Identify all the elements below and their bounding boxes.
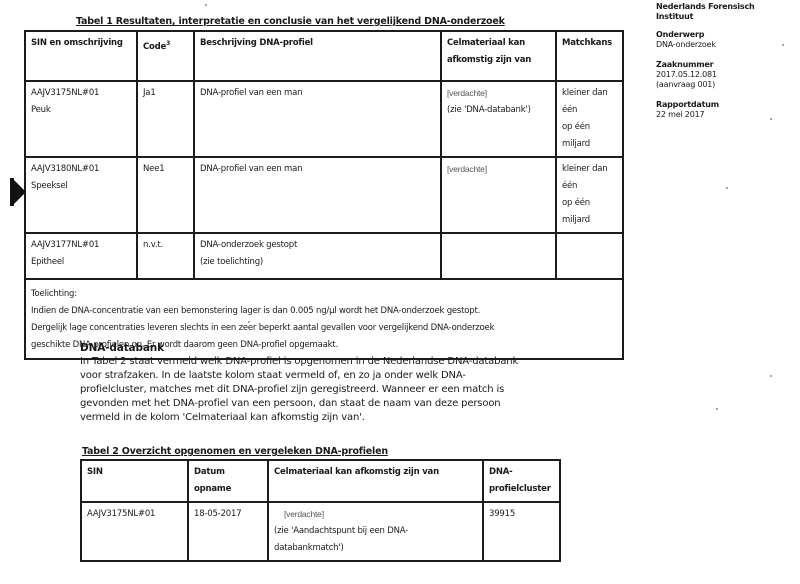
matchkans-cell: kleiner dan éénop één miljard bbox=[556, 157, 623, 233]
institute-name-line2: Instituut bbox=[656, 12, 800, 22]
profile-cell: DNA-profiel van een man bbox=[194, 157, 441, 233]
code-cell: Ja1 bbox=[137, 81, 194, 157]
databank-line: profielcluster, matches met dit DNA-prof… bbox=[80, 383, 640, 397]
sin-cell: AAJV3175NL#01 bbox=[81, 502, 188, 561]
report-sidebar: Nederlands Forensisch Instituut Onderwer… bbox=[656, 2, 800, 120]
origin-cell: [verdachte](zie 'Aandachtspunt bij een D… bbox=[268, 502, 483, 561]
table-row: AAJV3177NL#01Epitheel n.v.t. DNA-onderzo… bbox=[25, 233, 623, 279]
date-cell: 18-05-2017 bbox=[188, 502, 268, 561]
report-date-label: Rapportdatum bbox=[656, 100, 800, 110]
databank-section: DNA-databank In Tabel 2 staat vermeld we… bbox=[80, 341, 640, 425]
redacted-stamp: [verdachte] bbox=[447, 161, 550, 178]
case-number-label: Zaaknummer bbox=[656, 60, 800, 70]
header-matchkans: Matchkans bbox=[556, 31, 623, 81]
table-row: AAJV3180NL#01Speeksel Nee1 DNA-profiel v… bbox=[25, 157, 623, 233]
header-profile: Beschrijving DNA-profiel bbox=[194, 31, 441, 81]
redacted-stamp: [verdachte] bbox=[447, 85, 550, 102]
header-sin: SIN en omschrijving bbox=[25, 31, 137, 81]
profile-cell: DNA-profiel van een man bbox=[194, 81, 441, 157]
cluster-cell: 39915 bbox=[483, 502, 560, 561]
scan-speck bbox=[726, 187, 728, 189]
table2-caption: Tabel 2 Overzicht opgenomen en vergeleke… bbox=[82, 446, 388, 457]
table-row: AAJV3175NL#01Peuk Ja1 DNA-profiel van ee… bbox=[25, 81, 623, 157]
header-origin: Celmateriaal kan afkomstig zijn van bbox=[268, 460, 483, 502]
scan-speck bbox=[782, 44, 784, 46]
table-row: AAJV3175NL#01 18-05-2017 [verdachte](zie… bbox=[81, 502, 560, 561]
code-cell: Nee1 bbox=[137, 157, 194, 233]
redacted-stamp: [verdachte] bbox=[274, 506, 477, 523]
origin-cell: [verdachte] bbox=[441, 157, 556, 233]
sin-cell: AAJV3177NL#01Epitheel bbox=[25, 233, 137, 279]
scan-speck bbox=[248, 321, 250, 323]
sin-cell: AAJV3175NL#01Peuk bbox=[25, 81, 137, 157]
databank-line: gevonden met het DNA-profiel van een per… bbox=[80, 397, 640, 411]
results-table: SIN en omschrijving Code3 Beschrijving D… bbox=[24, 30, 624, 360]
table1-header-row: SIN en omschrijving Code3 Beschrijving D… bbox=[25, 31, 623, 81]
table1-caption: Tabel 1 Resultaten, interpretatie en con… bbox=[76, 16, 505, 27]
table2-header-row: SIN Datum opname Celmateriaal kan afkoms… bbox=[81, 460, 560, 502]
institute-name-line1: Nederlands Forensisch bbox=[656, 2, 800, 12]
note-line: Dergelijk lage concentraties leveren sle… bbox=[31, 320, 617, 337]
profiles-table: SIN Datum opname Celmateriaal kan afkoms… bbox=[80, 459, 561, 562]
note-line: Indien de DNA-concentratie van een bemon… bbox=[31, 303, 617, 320]
scan-speck bbox=[205, 4, 207, 6]
databank-title: DNA-databank bbox=[80, 341, 640, 355]
profile-cell: DNA-onderzoek gestopt(zie toelichting) bbox=[194, 233, 441, 279]
binder-tab-arrow bbox=[12, 178, 26, 206]
subject-value: DNA-onderzoek bbox=[656, 40, 800, 50]
header-sin: SIN bbox=[81, 460, 188, 502]
case-number-value: 2017.05.12.081 bbox=[656, 70, 800, 80]
scan-speck bbox=[770, 375, 772, 377]
origin-cell bbox=[441, 233, 556, 279]
matchkans-cell: kleiner dan éénop één miljard bbox=[556, 81, 623, 157]
header-date: Datum opname bbox=[188, 460, 268, 502]
header-code: Code3 bbox=[137, 31, 194, 81]
databank-line: In Tabel 2 staat vermeld welk DNA-profie… bbox=[80, 355, 640, 369]
databank-line: voor strafzaken. In de laatste kolom sta… bbox=[80, 369, 640, 383]
code-cell: n.v.t. bbox=[137, 233, 194, 279]
sin-cell: AAJV3180NL#01Speeksel bbox=[25, 157, 137, 233]
subject-label: Onderwerp bbox=[656, 30, 800, 40]
code-footnote: 3 bbox=[166, 40, 170, 47]
case-number-sub: (aanvraag 001) bbox=[656, 80, 800, 90]
databank-line: vermeld in de kolom 'Celmateriaal kan af… bbox=[80, 411, 640, 425]
note-title: Toelichting: bbox=[31, 286, 617, 303]
scan-speck bbox=[716, 408, 718, 410]
header-origin: Celmateriaal kan afkomstig zijn van bbox=[441, 31, 556, 81]
origin-cell: [verdachte](zie 'DNA-databank') bbox=[441, 81, 556, 157]
scan-speck bbox=[770, 118, 772, 120]
matchkans-cell bbox=[556, 233, 623, 279]
header-cluster: DNA-profielcluster bbox=[483, 460, 560, 502]
report-date-value: 22 mei 2017 bbox=[656, 110, 800, 120]
